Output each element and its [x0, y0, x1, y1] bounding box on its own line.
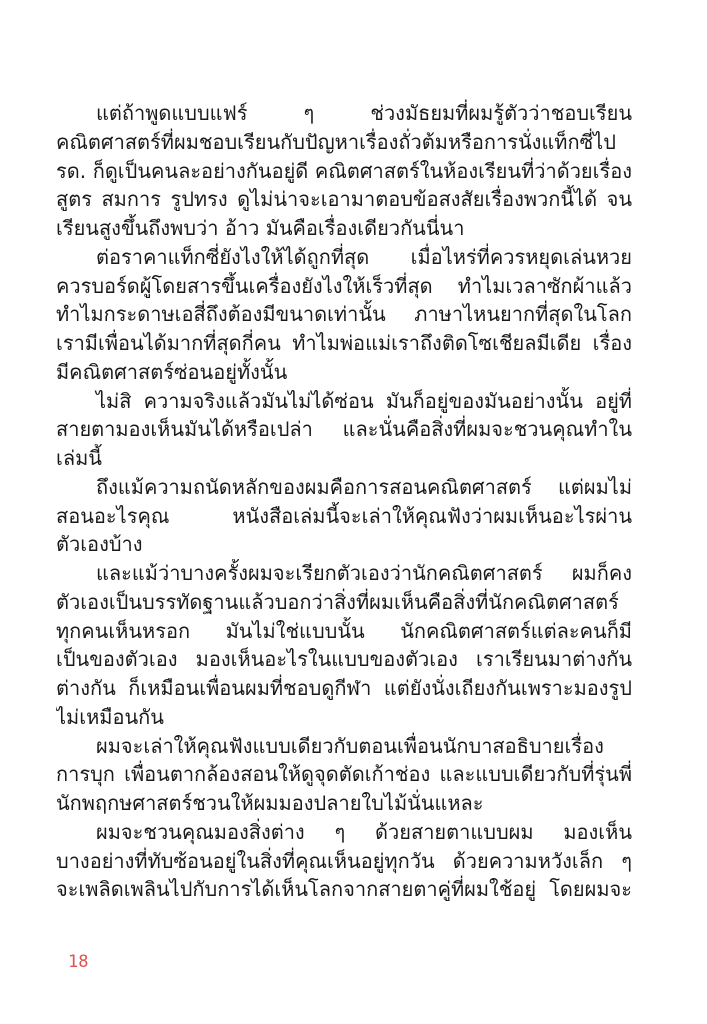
page-number: 18 — [68, 951, 88, 973]
text-line: จะเพลิดเพลินไปกับการได้เห็นโลกจากสายตาคู… — [56, 875, 632, 904]
text-line: นักพฤกษศาสตร์ชวนให้ผมมองปลายใบไม้นั่นแหล… — [56, 789, 632, 818]
text-line: มีคณิตศาสตร์ซ่อนอยู่ทั้งนั้น — [56, 358, 632, 387]
text-line: แต่ถ้าพูดแบบแฟร์ ๆ ช่วงมัธยมที่ผมรู้ตัวว… — [56, 99, 632, 128]
text-line: ผมจะเล่าให้คุณฟังแบบเดียวกับตอนเพื่อนนัก… — [56, 732, 632, 761]
text-line: สูตร สมการ รูปทรง ดูไม่น่าจะเอามาตอบข้อส… — [56, 185, 632, 214]
text-line: ถึงแม้ความถนัดหลักของผมคือการสอนคณิตศาสต… — [56, 473, 632, 502]
text-line: เรียนสูงขึ้นถึงพบว่า อ้าว มันคือเรื่องเด… — [56, 214, 632, 243]
text-line: การบุก เพื่อนตากล้องสอนให้ดูจุดตัดเก้าช่… — [56, 760, 632, 789]
text-line: เล่มนี้ — [56, 444, 632, 473]
text-line: และแม้ว่าบางครั้งผมจะเรียกตัวเองว่านักคณ… — [56, 559, 632, 588]
text-line: ทุกคนเห็นหรอก มันไม่ใช่แบบนั้น นักคณิตศา… — [56, 617, 632, 646]
text-line: ควรบอร์ดผู้โดยสารขึ้นเครื่องยังไงให้เร็ว… — [56, 272, 632, 301]
text-line: ตัวเองบ้าง — [56, 530, 632, 559]
text-line: ไม่เหมือนกัน — [56, 703, 632, 732]
page-text: แต่ถ้าพูดแบบแฟร์ ๆ ช่วงมัธยมที่ผมรู้ตัวว… — [56, 99, 632, 904]
text-line: ต่อราคาแท็กซี่ยังไงให้ได้ถูกที่สุด เมื่อ… — [56, 243, 632, 272]
book-page: แต่ถ้าพูดแบบแฟร์ ๆ ช่วงมัธยมที่ผมรู้ตัวว… — [0, 0, 707, 1024]
text-line: เรามีเพื่อนได้มากที่สุดกี่คน ทำไมพ่อแม่เ… — [56, 329, 632, 358]
text-line: เป็นของตัวเอง มองเห็นอะไรในแบบของตัวเอง … — [56, 645, 632, 674]
text-line: บางอย่างที่ทับซ้อนอยู่ในสิ่งที่คุณเห็นอย… — [56, 847, 632, 876]
text-line: ผมจะชวนคุณมองสิ่งต่าง ๆ ด้วยสายตาแบบผม ม… — [56, 818, 632, 847]
text-line: สอนอะไรคุณ หนังสือเล่มนี้จะเล่าให้คุณฟัง… — [56, 502, 632, 531]
text-line: ทำไมกระดาษเอสี่ถึงต้องมีขนาดเท่านั้น ภาษ… — [56, 300, 632, 329]
text-line: ไม่สิ ความจริงแล้วมันไม่ได้ซ่อน มันก็อยู… — [56, 387, 632, 416]
text-line: รด. ก็ดูเป็นคนละอย่างกันอยู่ดี คณิตศาสตร… — [56, 157, 632, 186]
text-line: ต่างกัน ก็เหมือนเพื่อนผมที่ชอบดูกีฬา แต่… — [56, 674, 632, 703]
text-line: คณิตศาสตร์ที่ผมชอบเรียนกับปัญหาเรื่องถั่… — [56, 128, 632, 157]
text-line: สายตามองเห็นมันได้หรือเปล่า และนั่นคือสิ… — [56, 415, 632, 444]
text-line: ตัวเองเป็นบรรทัดฐานแล้วบอกว่าสิ่งที่ผมเห… — [56, 588, 632, 617]
